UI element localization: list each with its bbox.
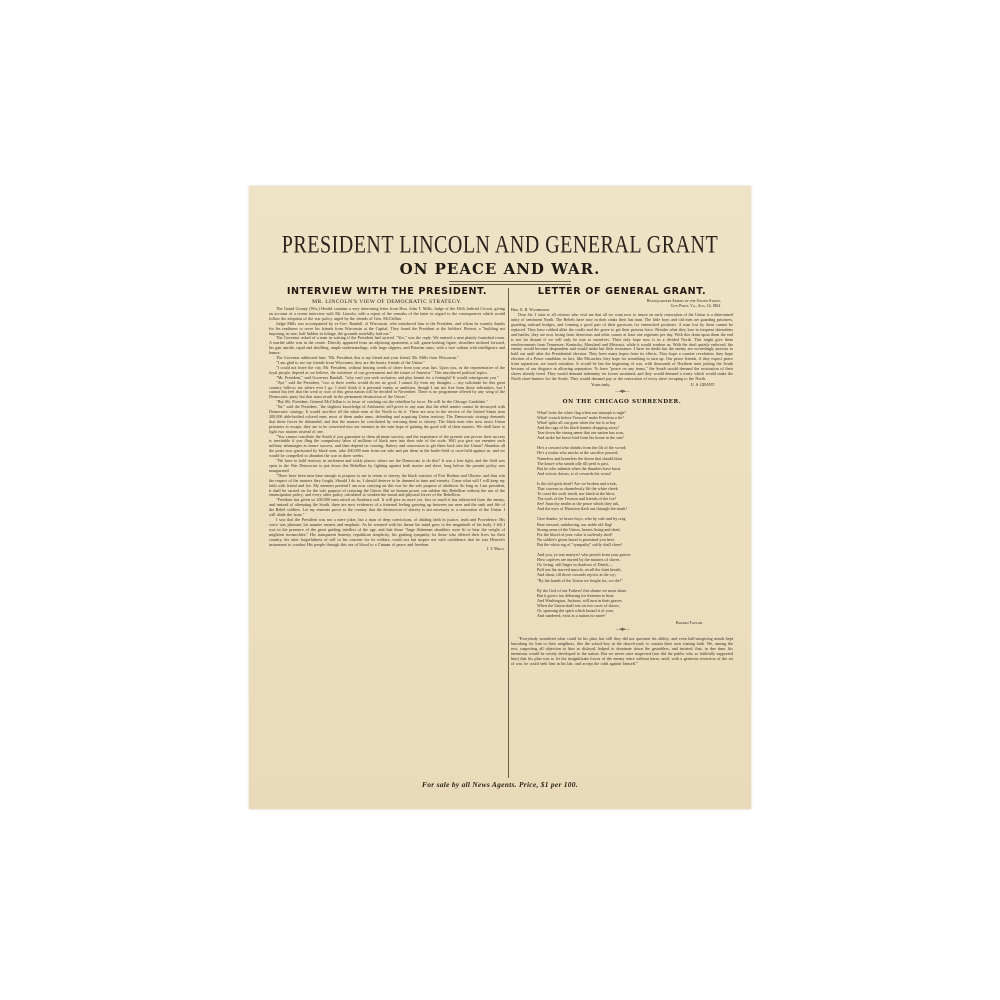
- letter-signer: U. S. GRANT.: [691, 382, 715, 387]
- interview-signature: J. T. Mills.: [269, 547, 505, 551]
- interview-paragraph: "We have to hold territory in inclement …: [269, 459, 505, 474]
- poem-line: And strike her brave bird from his home …: [537, 435, 733, 440]
- interview-paragraph: I saw that the President was not a mere …: [269, 518, 505, 547]
- ornament-divider: —•❖•—: [511, 390, 733, 396]
- poem-body: What! hoist the white flag when our triu…: [511, 410, 733, 618]
- closing-quote: "Everybody wondered what could be his pl…: [511, 637, 733, 666]
- closing-text: Yours truly,: [591, 382, 610, 387]
- poem-line: And the eyes of Disunion flash out throu…: [537, 506, 733, 511]
- poem-stanza: What! hoist the white flag when our triu…: [511, 410, 733, 441]
- poem-stanza: Give thanks, ye brave boys, who by vale …: [511, 516, 733, 547]
- poem-line: And sundered, exist as a nation no more!: [537, 613, 733, 618]
- broadside-page: PRESIDENT LINCOLN AND GENERAL GRANT ON P…: [249, 186, 751, 809]
- poem-line: And victory dawns, is of cowards the wor…: [537, 471, 733, 476]
- poem-line: But the white rag of "sympathy" softly s…: [537, 542, 733, 547]
- interview-column: INTERVIEW WITH THE PRESIDENT. MR. LINCOL…: [269, 286, 505, 551]
- interview-paragraph: Judge Mills was accompanied by ex-Gov. R…: [269, 322, 505, 337]
- poem-stanza: He's a coward who shrinks from the lift …: [511, 445, 733, 476]
- poem-stanza: And you, ye war martyrs! who preach from…: [511, 552, 733, 583]
- interview-paragraph: "Sir," said the President, "the slightes…: [269, 405, 505, 434]
- ornament-divider-2: —•❖•—: [511, 628, 733, 634]
- page-title: PRESIDENT LINCOLN AND GENERAL GRANT: [249, 231, 751, 260]
- interview-heading: INTERVIEW WITH THE PRESIDENT.: [269, 286, 505, 297]
- grant-column: LETTER OF GENERAL GRANT. Headquarters Ar…: [511, 286, 733, 667]
- grant-letter-heading: LETTER OF GENERAL GRANT.: [511, 286, 733, 297]
- poem-stanza: Is the old spirit dead? Are we broken an…: [511, 481, 733, 512]
- sale-notice: For sale by all News Agents. Price, $1 p…: [249, 780, 751, 789]
- interview-paragraph: The Grand County (Wis.) Herald contains …: [269, 307, 505, 322]
- poem-stanza: By the God of our Fathers! this shame we…: [511, 588, 733, 619]
- title-rule: [449, 281, 571, 285]
- interview-paragraph: "Freedom has given us 200,000 men raised…: [269, 498, 505, 518]
- letter-body: Dear Sir: I state to all citizens who vi…: [511, 313, 733, 382]
- poem-line: "By the hands of the Union we fought for…: [537, 578, 733, 583]
- interview-body: The Grand County (Wis.) Herald contains …: [269, 307, 505, 551]
- interview-paragraph: "There have been men base enough to prop…: [269, 474, 505, 499]
- poem-author: Bayard Taylor.: [511, 621, 733, 625]
- interview-paragraph: "Aye," said the President, "two or three…: [269, 381, 505, 401]
- letter-closing: Yours truly, U. S. GRANT.: [511, 382, 733, 387]
- interview-paragraph: "You cannot conciliate the South if you …: [269, 435, 505, 460]
- column-divider: [508, 288, 509, 778]
- poem-title: ON THE CHICAGO SURRENDER.: [511, 399, 733, 405]
- interview-paragraph: The Governor asked of a man in waiting i…: [269, 336, 505, 356]
- page-subtitle: ON PEACE AND WAR.: [249, 260, 751, 278]
- interview-subheading: MR. LINCOLN'S VIEW OF DEMOCRATIC STRATEG…: [269, 299, 505, 305]
